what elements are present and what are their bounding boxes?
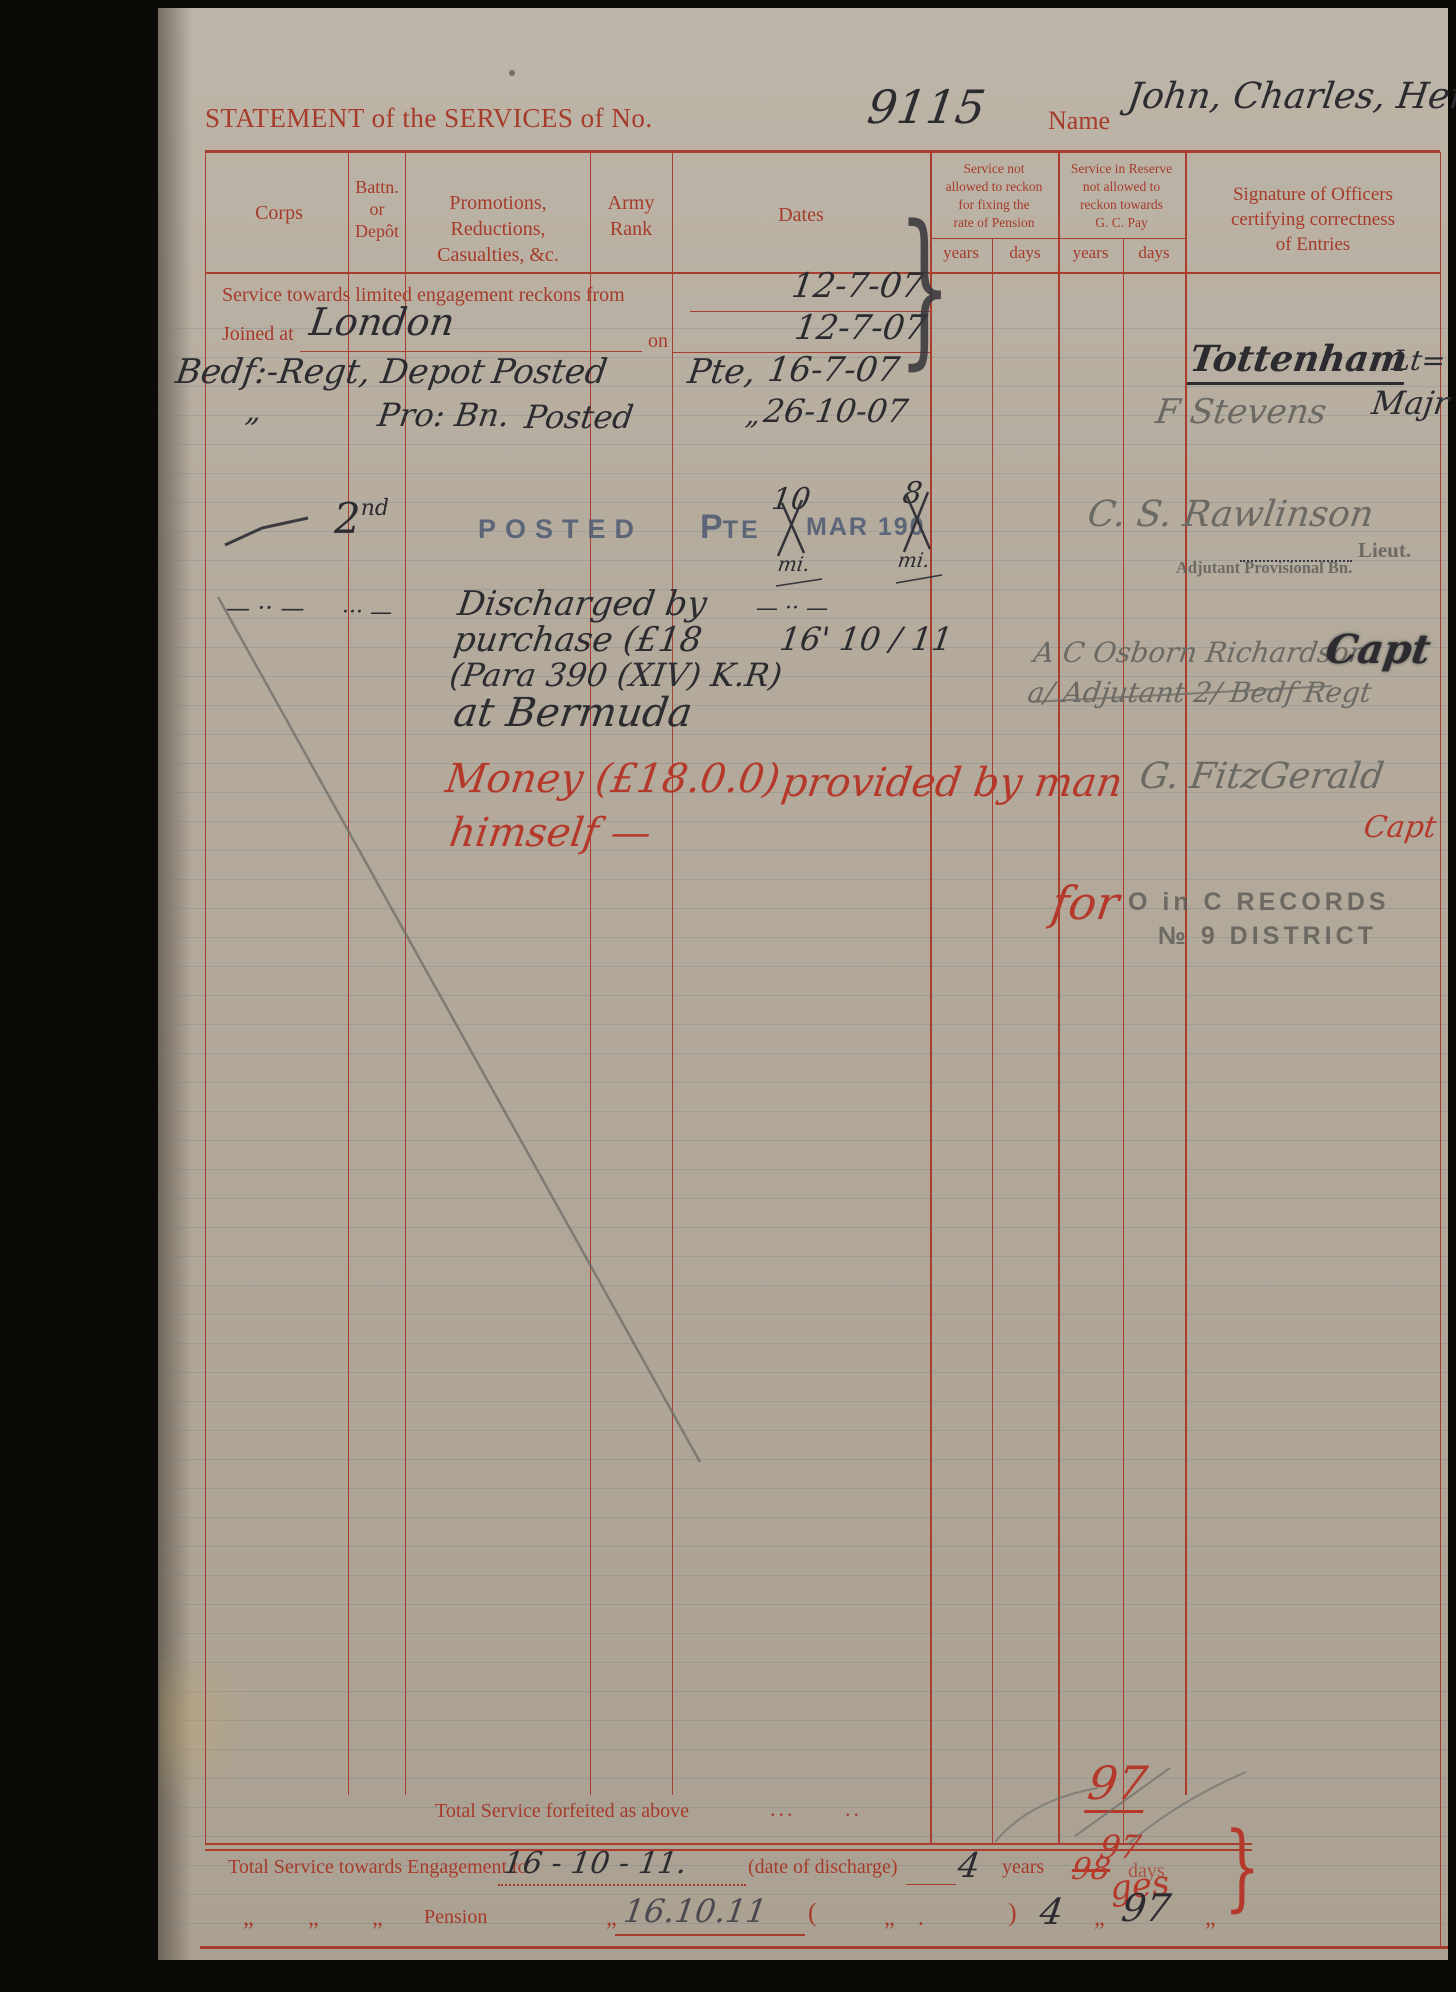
leader-dots: ...	[770, 1796, 796, 1822]
paper-stain	[160, 1640, 255, 1805]
ditto-mark: „	[884, 1905, 895, 1932]
ditto-mark: „	[1094, 1905, 1105, 1932]
discharge-line3: (Para 390 (XIV) K.R)	[447, 656, 784, 694]
discharge-note: (date of discharge)	[748, 1856, 898, 1879]
leader-dots: ..	[845, 1796, 862, 1822]
entry-rank: Pte,	[685, 352, 758, 392]
bottom-rule	[200, 1946, 1448, 1949]
header-corps: Corps	[210, 202, 348, 225]
fill-line	[906, 1884, 956, 1885]
pte-stamp-te: TE	[723, 516, 761, 544]
pension-days-value: 97	[1119, 1886, 1174, 1930]
days-big-correction: 97	[1084, 1756, 1151, 1813]
joined-label: Joined at	[222, 323, 294, 346]
header-dates: Dates	[674, 204, 928, 227]
column-line	[992, 238, 993, 1845]
entry-date: 16-7-07	[765, 350, 902, 390]
rank-stamp: Lieut.	[1358, 538, 1411, 563]
totals-rule	[205, 1849, 1252, 1851]
entry-date: 26-10-07	[761, 392, 910, 430]
date-day-correction: 10	[770, 482, 813, 517]
ditto-marks: — ·· —	[226, 594, 305, 622]
officer-signature: G. FitzGerald	[1137, 756, 1386, 797]
forfeited-label: Total Service forfeited as above	[435, 1800, 689, 1823]
header-army-rank: Army Rank	[591, 190, 671, 242]
years-label: years	[1002, 1856, 1044, 1879]
pte-stamp-p: P	[700, 508, 723, 546]
for-note: for	[1048, 876, 1122, 930]
discharge-date: 16' 10 / 11	[777, 620, 955, 658]
officer-signature: C. S. Rawlinson	[1085, 494, 1376, 535]
engagement-label: Total Service towards Engagement to	[228, 1856, 528, 1879]
column-line	[205, 152, 206, 1845]
officer-signature: Tottenham	[1187, 338, 1410, 385]
page-title: STATEMENT of the SERVICES of No.	[205, 103, 653, 134]
pension-label: Pension	[424, 1906, 487, 1929]
brace: }	[898, 212, 951, 362]
subheader-days: days	[1124, 243, 1184, 263]
date-stamp: MAR 190	[806, 513, 926, 542]
ditto-marks: — ·· —	[756, 596, 828, 621]
ditto-mark: „	[243, 1905, 254, 1932]
open-paren: (	[808, 1898, 817, 1928]
entry-corps: Bedf:-Regt, Depot	[173, 352, 487, 392]
header-signature: Signature of Officers certifying correct…	[1188, 182, 1438, 257]
close-paren: )	[1008, 1898, 1017, 1928]
posted-stamp: POSTED	[478, 514, 643, 545]
name-label: Name	[1048, 106, 1110, 136]
correction-initials: mi.	[896, 548, 931, 572]
ditto-mark: „	[1205, 1905, 1216, 1932]
ditto-mark: „	[308, 1905, 319, 1932]
records-stamp-line2: № 9 DISTRICT	[1158, 922, 1377, 951]
brace: }	[1224, 1822, 1260, 1912]
money-note-3: himself —	[447, 810, 654, 856]
on-label: on	[648, 330, 668, 353]
ditto-marks: ··· —	[342, 600, 392, 625]
pte-stamp: PTE	[700, 508, 761, 547]
officer-unit: a/ Adjutant 2/ Bedf Regt	[1026, 676, 1374, 709]
fill-line	[498, 1884, 746, 1886]
officer-rank: Capt	[1323, 626, 1434, 673]
column-line	[1058, 152, 1060, 1845]
pension-date: 16.10.11	[621, 1892, 769, 1930]
header-reserve: Service in Reserve not allowed to reckon…	[1059, 160, 1184, 232]
service-number: 9115	[864, 80, 989, 134]
battn-ordinal: nd	[361, 496, 389, 521]
battn-number: 2	[334, 494, 361, 543]
discharge-line2: purchase (£18	[451, 620, 704, 660]
title-rule	[205, 150, 1440, 153]
ditto-mark: „	[372, 1905, 383, 1932]
ruled-lines	[158, 300, 1448, 1945]
officer-rank: Majr	[1369, 384, 1451, 422]
entry-event: Posted	[522, 398, 636, 436]
officer-signature: A C Osborn Richardson	[1032, 636, 1370, 669]
entry-battalion-2nd: 2nd	[334, 494, 389, 543]
column-line	[348, 152, 349, 1795]
records-stamp-line1: O in C RECORDS	[1128, 888, 1390, 917]
discharge-line1: Discharged by	[455, 584, 709, 624]
officer-rank: Lt=	[1390, 344, 1448, 377]
subheader-days: days	[993, 243, 1057, 263]
name-value: John, Charles, Henry, Peters	[1125, 76, 1456, 117]
ditto-mark: „	[606, 1905, 617, 1932]
joined-place: London	[307, 300, 457, 344]
totals-rule	[205, 1843, 1252, 1845]
entry-battn: Pro: Bn.	[375, 396, 512, 434]
engagement-date: 16 - 10 - 11.	[502, 1846, 689, 1881]
column-line	[672, 152, 673, 1795]
column-line	[930, 152, 932, 1845]
header-battn: Battn. or Depôt	[349, 176, 405, 242]
header-promotions: Promotions, Reductions, Casualties, &c.	[408, 190, 588, 268]
discharge-line4: at Bermuda	[451, 690, 695, 736]
money-note-2: provided by man	[779, 760, 1126, 806]
fill-line	[615, 1934, 805, 1936]
correction-initials: mi.	[776, 552, 811, 576]
subheader-years: years	[1059, 243, 1122, 263]
column-line	[1123, 238, 1124, 1845]
service-record-scan: STATEMENT of the SERVICES of No. 9115 Na…	[0, 0, 1456, 1992]
dot-mark: .	[918, 1905, 924, 1932]
officer-rank: Capt	[1362, 810, 1439, 845]
money-note-1: Money (£18.0.0)	[443, 756, 783, 802]
entry-event: Posted	[489, 352, 610, 392]
unit-stamp: Adjutant Provisional Bn.	[1176, 558, 1352, 578]
officer-signature: F Stevens	[1153, 392, 1329, 432]
